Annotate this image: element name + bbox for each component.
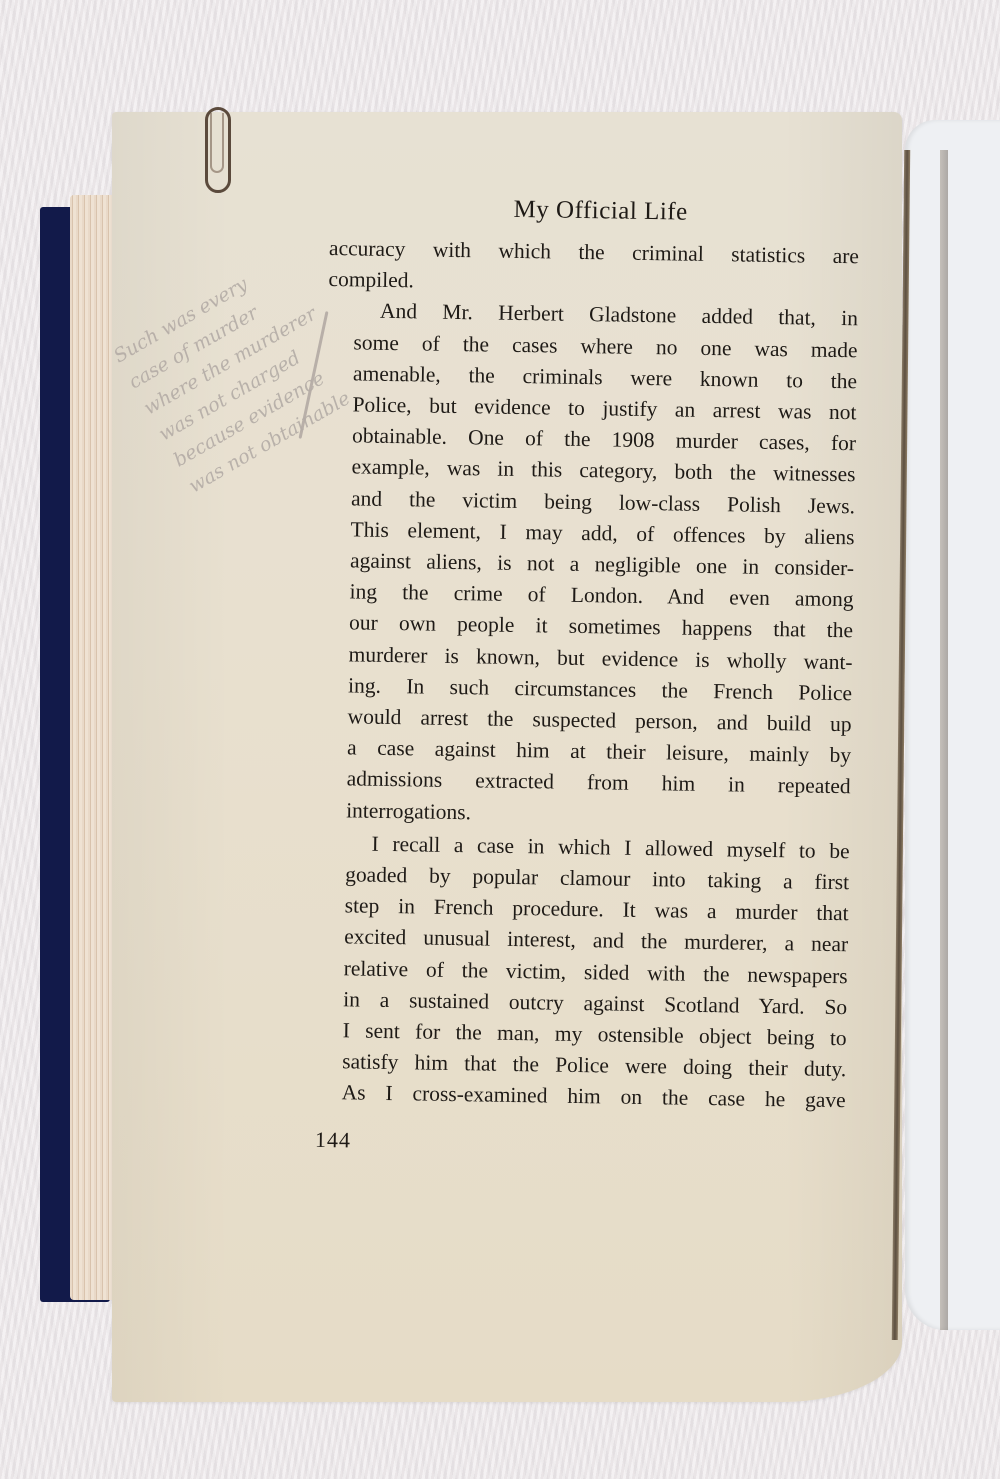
paragraph: And Mr. Herbert Gladstone added that, in… <box>320 295 858 834</box>
facing-page <box>905 120 1000 1330</box>
facing-page-shadow <box>940 150 948 1330</box>
photo-scene: Such was every case of murder where the … <box>0 0 1000 1479</box>
running-head: My Official Life <box>329 193 859 229</box>
paragraph: accuracy with which the criminal statist… <box>328 233 859 304</box>
paper-clip-inner-loop <box>210 113 224 173</box>
body-text: accuracy with which the criminal statist… <box>315 233 859 1117</box>
page-text-block: My Official Life accuracy with which the… <box>315 185 860 1161</box>
paragraph: I recall a case in which I allowed mysel… <box>315 828 849 1117</box>
